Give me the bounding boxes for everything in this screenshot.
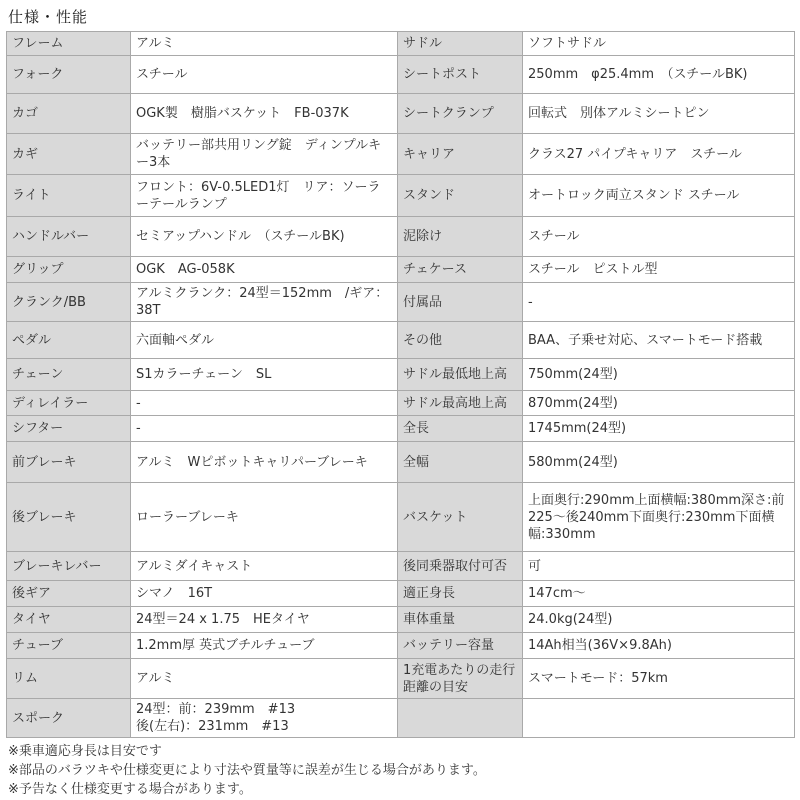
spec-value-right: ソフトサドル [523,32,795,56]
spec-label-right: 後同乗器取付可否 [398,552,523,581]
spec-label-left: ディレイラー [7,391,131,416]
table-row: ブレーキレバー アルミダイキャスト 後同乗器取付可否 可 [7,552,795,581]
footnote-line: ※部品のバラツキや仕様変更により寸法や質量等に誤差が生じる場合があります。 [8,764,794,778]
spec-label-right: サドル最低地上高 [398,359,523,391]
table-row: フレーム アルミ サドル ソフトサドル [7,32,795,56]
table-row: フォーク スチール シートポスト 250mm φ25.4mm （スチールBK) [7,56,795,94]
table-row: ハンドルバー セミアップハンドル （スチールBK) 泥除け スチール [7,217,795,257]
spec-table-body: フレーム アルミ サドル ソフトサドル フォーク スチール シートポスト 250… [7,32,795,738]
spec-value-left: 24型＝24 x 1.75 HEタイヤ [131,607,398,633]
spec-label-right: キャリア [398,134,523,175]
spec-value-right: 250mm φ25.4mm （スチールBK) [523,56,795,94]
spec-label-left: フォーク [7,56,131,94]
spec-label-right: 全長 [398,416,523,442]
spec-label-left: カゴ [7,94,131,134]
spec-value-right: 580mm(24型) [523,442,795,483]
table-row: 前ブレーキ アルミ Wピボットキャリパーブレーキ 全幅 580mm(24型) [7,442,795,483]
spec-label-right: サドル最高地上高 [398,391,523,416]
spec-value-left: スチール [131,56,398,94]
spec-label-left: タイヤ [7,607,131,633]
spec-label-left: 後ギア [7,581,131,607]
spec-value-right: スマートモード：57km [523,659,795,699]
table-row: チューブ 1.2mm厚 英式ブチルチューブ バッテリー容量 14Ah相当(36V… [7,633,795,659]
spec-value-left: アルミ [131,32,398,56]
spec-value-right: クラス27 パイプキャリア スチール [523,134,795,175]
spec-value-right: 回転式 別体アルミシートピン [523,94,795,134]
spec-value-right: 14Ah相当(36V×9.8Ah) [523,633,795,659]
spec-value-left: バッテリー部共用リング錠 ディンプルキー3本 [131,134,398,175]
spec-value-right: スチール [523,217,795,257]
spec-value-left: S1カラーチェーン SL [131,359,398,391]
page-title: 仕様・性能 [8,6,794,27]
table-row: タイヤ 24型＝24 x 1.75 HEタイヤ 車体重量 24.0kg(24型) [7,607,795,633]
table-row: チェーン S1カラーチェーン SL サドル最低地上高 750mm(24型) [7,359,795,391]
table-row: シフター - 全長 1745mm(24型) [7,416,795,442]
spec-label-left: クランク/BB [7,283,131,322]
spec-value-left: アルミダイキャスト [131,552,398,581]
spec-label-right: チェケース [398,257,523,283]
spec-label-right [398,699,523,738]
spec-label-right: 適正身長 [398,581,523,607]
spec-value-left: OGK製 樹脂バスケット FB-037K [131,94,398,134]
spec-label-left: 前ブレーキ [7,442,131,483]
spec-label-right: 全幅 [398,442,523,483]
footnotes: ※乗車適応身長は目安です ※部品のバラツキや仕様変更により寸法や質量等に誤差が生… [8,745,794,797]
spec-label-right: バスケット [398,483,523,552]
spec-value-left: 六面軸ペダル [131,322,398,359]
spec-value-right: 上面奥行:290mm上面横幅:380mm深さ:前225～後240mm下面奥行:2… [523,483,795,552]
footnote-line: ※乗車適応身長は目安です [8,745,794,759]
spec-label-right: スタンド [398,175,523,217]
spec-value-right [523,699,795,738]
spec-label-right: その他 [398,322,523,359]
spec-label-left: スポーク [7,699,131,738]
table-row: リム アルミ 1充電あたりの走行距離の目安 スマートモード：57km [7,659,795,699]
spec-label-left: リム [7,659,131,699]
footnote-line: ※予告なく仕様変更する場合があります。 [8,783,794,797]
spec-value-right: 870mm(24型) [523,391,795,416]
spec-label-right: サドル [398,32,523,56]
spec-value-right: BAA、子乗せ対応、スマートモード搭載 [523,322,795,359]
spec-value-right: 可 [523,552,795,581]
spec-label-left: フレーム [7,32,131,56]
spec-label-right: 泥除け [398,217,523,257]
spec-label-right: シートポスト [398,56,523,94]
spec-label-left: ペダル [7,322,131,359]
spec-label-left: シフター [7,416,131,442]
spec-value-left: シマノ 16T [131,581,398,607]
spec-value-left: 1.2mm厚 英式ブチルチューブ [131,633,398,659]
spec-value-right: スチール ピストル型 [523,257,795,283]
spec-value-right: 1745mm(24型) [523,416,795,442]
spec-label-right: バッテリー容量 [398,633,523,659]
spec-value-left: セミアップハンドル （スチールBK) [131,217,398,257]
spec-value-right: 24.0kg(24型) [523,607,795,633]
spec-page: 仕様・性能 フレーム アルミ サドル ソフトサドル フォーク スチール シートポ… [0,0,800,800]
spec-value-left: 24型：前：239mm #13 後(左右)：231mm #13 [131,699,398,738]
spec-label-right: 付属品 [398,283,523,322]
spec-table: フレーム アルミ サドル ソフトサドル フォーク スチール シートポスト 250… [6,31,795,738]
table-row: 後ブレーキ ローラーブレーキ バスケット 上面奥行:290mm上面横幅:380m… [7,483,795,552]
table-row: グリップ OGK AG-058K チェケース スチール ピストル型 [7,257,795,283]
table-row: スポーク 24型：前：239mm #13 後(左右)：231mm #13 [7,699,795,738]
spec-label-left: ブレーキレバー [7,552,131,581]
spec-label-left: ハンドルバー [7,217,131,257]
spec-label-right: 車体重量 [398,607,523,633]
spec-label-right: シートクランプ [398,94,523,134]
spec-value-left: OGK AG-058K [131,257,398,283]
table-row: ライト フロント：6V-0.5LED1灯 リア：ソーラーテールランプ スタンド … [7,175,795,217]
table-row: 後ギア シマノ 16T 適正身長 147cm～ [7,581,795,607]
spec-label-right: 1充電あたりの走行距離の目安 [398,659,523,699]
spec-value-right: オートロック両立スタンド スチール [523,175,795,217]
spec-value-right: - [523,283,795,322]
spec-label-left: ライト [7,175,131,217]
table-row: カギ バッテリー部共用リング錠 ディンプルキー3本 キャリア クラス27 パイプ… [7,134,795,175]
spec-value-left: フロント：6V-0.5LED1灯 リア：ソーラーテールランプ [131,175,398,217]
spec-value-left: - [131,391,398,416]
spec-value-left: - [131,416,398,442]
spec-value-left: アルミ [131,659,398,699]
table-row: ペダル 六面軸ペダル その他 BAA、子乗せ対応、スマートモード搭載 [7,322,795,359]
spec-value-right: 147cm～ [523,581,795,607]
spec-label-left: グリップ [7,257,131,283]
table-row: ディレイラー - サドル最高地上高 870mm(24型) [7,391,795,416]
spec-value-right: 750mm(24型) [523,359,795,391]
spec-label-left: チェーン [7,359,131,391]
spec-value-left: アルミクランク：24型＝152mm /ギア：38T [131,283,398,322]
spec-label-left: 後ブレーキ [7,483,131,552]
table-row: カゴ OGK製 樹脂バスケット FB-037K シートクランプ 回転式 別体アル… [7,94,795,134]
spec-value-left: ローラーブレーキ [131,483,398,552]
spec-value-left: アルミ Wピボットキャリパーブレーキ [131,442,398,483]
spec-label-left: チューブ [7,633,131,659]
table-row: クランク/BB アルミクランク：24型＝152mm /ギア：38T 付属品 - [7,283,795,322]
spec-label-left: カギ [7,134,131,175]
